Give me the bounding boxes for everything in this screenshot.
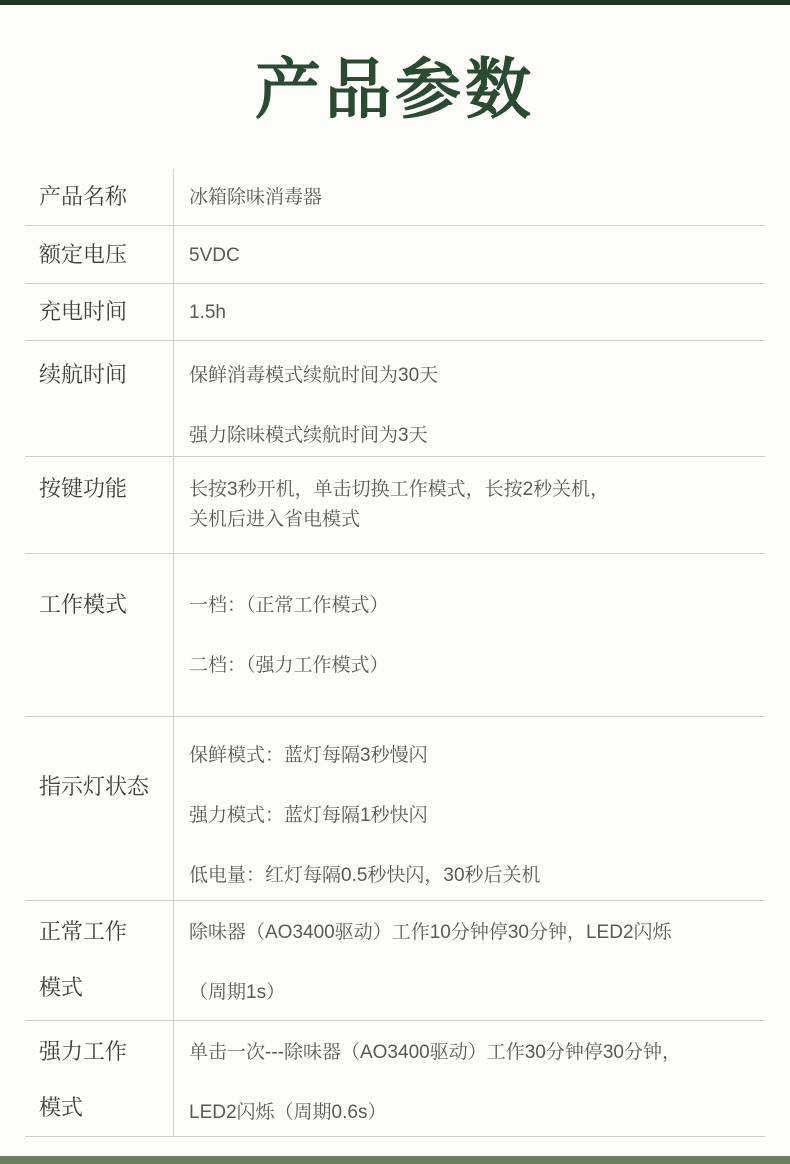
spec-value: 保鲜模式：蓝灯每隔3秒慢闪 强力模式：蓝灯每隔1秒快闪 低电量：红灯每隔0.5秒…: [173, 717, 765, 900]
spec-label: 额定电压: [25, 226, 173, 283]
bottom-accent-bar: [0, 1156, 790, 1164]
product-spec-table: 产品名称 冰箱除味消毒器 额定电压 5VDC 充电时间 1.5h 续航时间 保鲜…: [25, 169, 765, 1137]
spec-value: 单击一次---除味器（AO3400驱动）工作30分钟停30分钟， LED2闪烁（…: [173, 1021, 765, 1136]
table-row: 续航时间 保鲜消毒模式续航时间为30天 强力除味模式续航时间为3天: [25, 341, 765, 457]
page-title: 产品参数: [0, 55, 790, 123]
spec-value: 保鲜消毒模式续航时间为30天 强力除味模式续航时间为3天: [173, 341, 765, 456]
spec-value: 冰箱除味消毒器: [173, 169, 765, 225]
spec-value: 一档：（正常工作模式） 二档：（强力工作模式）: [173, 554, 765, 716]
spec-label: 产品名称: [25, 169, 173, 225]
spec-label: 正常工作 模式: [25, 901, 173, 1020]
table-row: 产品名称 冰箱除味消毒器: [25, 169, 765, 226]
table-row: 工作模式 一档：（正常工作模式） 二档：（强力工作模式）: [25, 554, 765, 717]
spec-label: 充电时间: [25, 284, 173, 340]
spec-value: 1.5h: [173, 284, 765, 340]
spec-value: 除味器（AO3400驱动）工作10分钟停30分钟，LED2闪烁 （周期1s）: [173, 901, 765, 1020]
top-accent-bar: [0, 0, 790, 5]
table-row: 强力工作 模式 单击一次---除味器（AO3400驱动）工作30分钟停30分钟，…: [25, 1021, 765, 1137]
table-row: 按键功能 长按3秒开机，单击切换工作模式，长按2秒关机， 关机后进入省电模式: [25, 457, 765, 554]
spec-label: 工作模式: [25, 554, 173, 716]
table-row: 指示灯状态 保鲜模式：蓝灯每隔3秒慢闪 强力模式：蓝灯每隔1秒快闪 低电量：红灯…: [25, 717, 765, 901]
spec-label: 按键功能: [25, 457, 173, 553]
spec-label: 指示灯状态: [25, 717, 173, 900]
spec-label: 续航时间: [25, 341, 173, 456]
spec-value: 5VDC: [173, 226, 765, 283]
table-row: 充电时间 1.5h: [25, 284, 765, 341]
table-row: 额定电压 5VDC: [25, 226, 765, 284]
spec-label: 强力工作 模式: [25, 1021, 173, 1136]
spec-value: 长按3秒开机，单击切换工作模式，长按2秒关机， 关机后进入省电模式: [173, 457, 765, 553]
table-row: 正常工作 模式 除味器（AO3400驱动）工作10分钟停30分钟，LED2闪烁 …: [25, 901, 765, 1021]
